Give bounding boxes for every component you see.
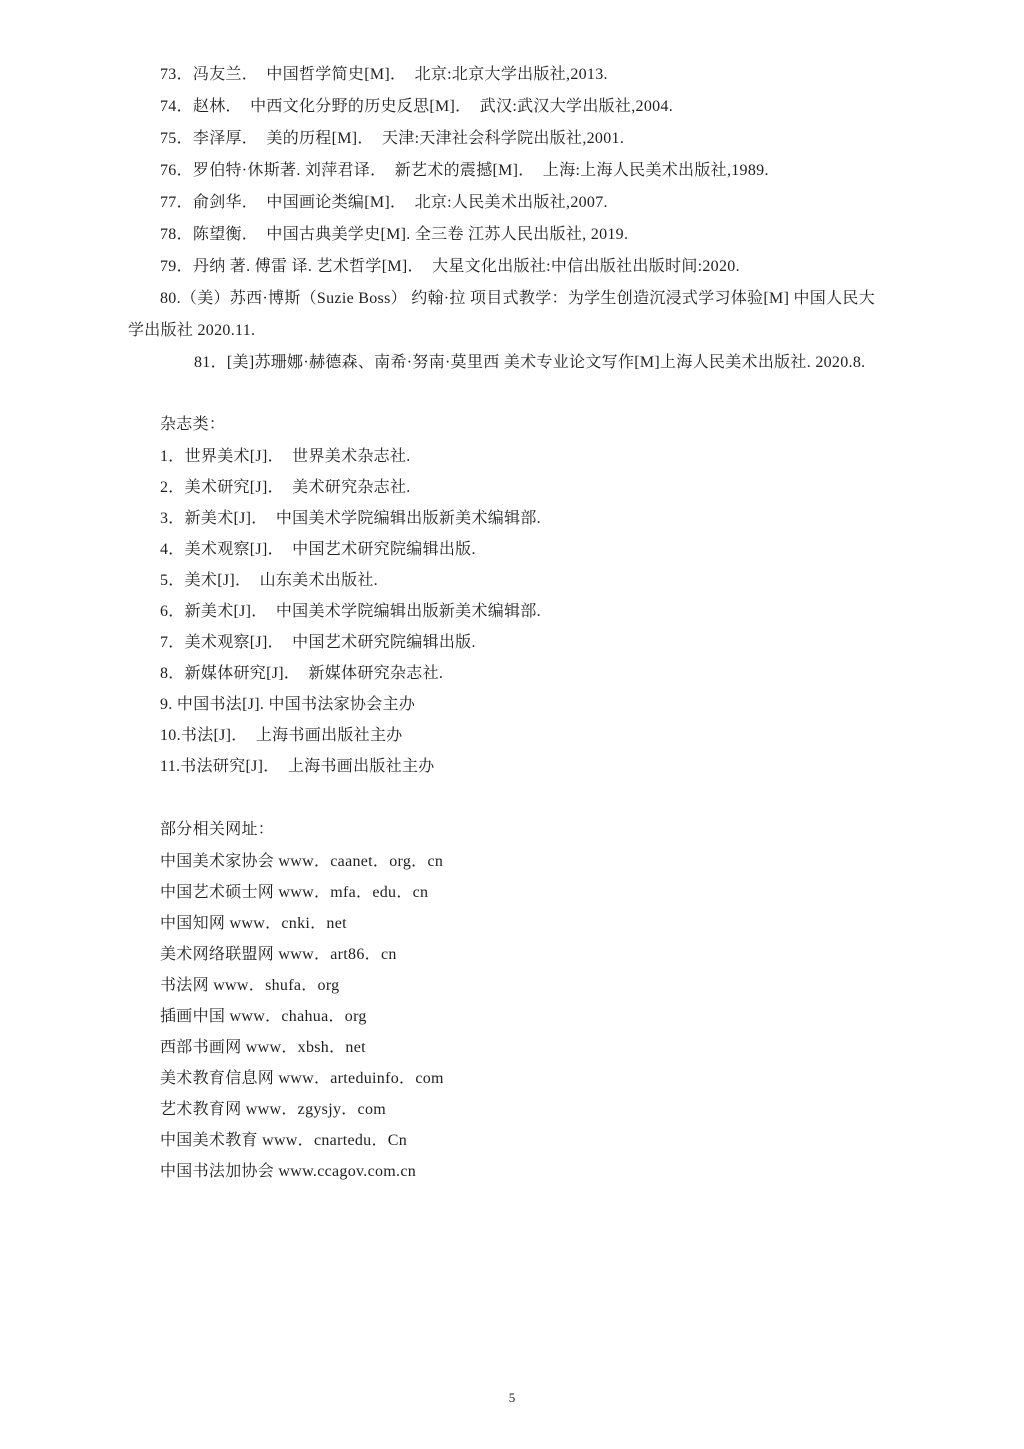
- reference-line-74: 74．赵林． 中西文化分野的历史反思[M]． 武汉:武汉大学出版社,2004.: [128, 91, 928, 123]
- page-number: 5: [0, 1390, 1024, 1406]
- websites-section-header: 部分相关网址：: [128, 814, 928, 846]
- magazine-item-1: 1．世界美术[J]． 世界美术杂志社.: [128, 441, 928, 472]
- website-item-cnartedu: 中国美术教育 www．cnartedu．Cn: [128, 1125, 928, 1156]
- reference-line-77: 77．俞剑华． 中国画论类编[M]． 北京:人民美术出版社,2007.: [128, 187, 928, 219]
- magazine-item-9: 9. 中国书法[J]. 中国书法家协会主办: [128, 689, 928, 720]
- magazines-section: 杂志类： 1．世界美术[J]． 世界美术杂志社. 2．美术研究[J]． 美术研究…: [128, 409, 928, 782]
- website-item-shufa: 书法网 www．shufa．org: [128, 970, 928, 1001]
- reference-line-75: 75．李泽厚． 美的历程[M]． 天津:天津社会科学院出版社,2001.: [128, 123, 928, 155]
- website-item-chahua: 插画中国 www．chahua．org: [128, 1001, 928, 1032]
- magazine-item-3: 3．新美术[J]． 中国美术学院编辑出版新美术编辑部.: [128, 503, 928, 534]
- reference-line-81: 81．[美]苏珊娜·赫德森、南希·努南·莫里西 美术专业论文写作[M]上海人民美…: [128, 347, 928, 379]
- magazine-item-6: 6．新美术[J]． 中国美术学院编辑出版新美术编辑部.: [128, 596, 928, 627]
- website-item-cnki: 中国知网 www．cnki．net: [128, 908, 928, 939]
- references-section: 73．冯友兰． 中国哲学简史[M]． 北京:北京大学出版社,2013. 74．赵…: [128, 59, 928, 379]
- website-item-caanet: 中国美术家协会 www．caanet．org．cn: [128, 846, 928, 877]
- reference-line-80: 80.（美）苏西·博斯（Suzie Boss） 约翰·拉 项目式教学：为学生创造…: [128, 283, 928, 315]
- reference-line-76: 76．罗伯特·休斯著. 刘萍君译． 新艺术的震撼[M]． 上海:上海人民美术出版…: [128, 155, 928, 187]
- reference-line-78: 78．陈望衡． 中国古典美学史[M]. 全三卷 江苏人民出版社, 2019.: [128, 219, 928, 251]
- magazines-section-header: 杂志类：: [128, 409, 928, 441]
- magazine-item-4: 4．美术观察[J]． 中国艺术研究院编辑出版.: [128, 534, 928, 565]
- website-item-arteduinfo: 美术教育信息网 www．arteduinfo．com: [128, 1063, 928, 1094]
- reference-line-73: 73．冯友兰． 中国哲学简史[M]． 北京:北京大学出版社,2013.: [128, 59, 928, 91]
- magazine-item-5: 5．美术[J]． 山东美术出版社.: [128, 565, 928, 596]
- magazine-item-11: 11.书法研究[J]． 上海书画出版社主办: [128, 751, 928, 782]
- reference-line-79: 79．丹纳 著. 傅雷 译. 艺术哲学[M]． 大星文化出版社:中信出版社出版时…: [128, 251, 928, 283]
- website-item-xbsh: 西部书画网 www．xbsh．net: [128, 1032, 928, 1063]
- website-item-zgysjy: 艺术教育网 www．zgysjy．com: [128, 1094, 928, 1125]
- document-page: 73．冯友兰． 中国哲学简史[M]． 北京:北京大学出版社,2013. 74．赵…: [0, 0, 1024, 1449]
- magazine-item-2: 2．美术研究[J]． 美术研究杂志社.: [128, 472, 928, 503]
- website-item-mfa: 中国艺术硕士网 www．mfa．edu．cn: [128, 877, 928, 908]
- websites-section: 部分相关网址： 中国美术家协会 www．caanet．org．cn 中国艺术硕士…: [128, 814, 928, 1187]
- magazine-item-10: 10.书法[J]． 上海书画出版社主办: [128, 720, 928, 751]
- magazine-item-8: 8．新媒体研究[J]． 新媒体研究杂志社.: [128, 658, 928, 689]
- reference-line-80-continuation: 学出版社 2020.11.: [128, 315, 928, 347]
- website-item-art86: 美术网络联盟网 www．art86．cn: [128, 939, 928, 970]
- magazine-item-7: 7．美术观察[J]． 中国艺术研究院编辑出版.: [128, 627, 928, 658]
- website-item-ccagov: 中国书法加协会 www.ccagov.com.cn: [128, 1156, 928, 1187]
